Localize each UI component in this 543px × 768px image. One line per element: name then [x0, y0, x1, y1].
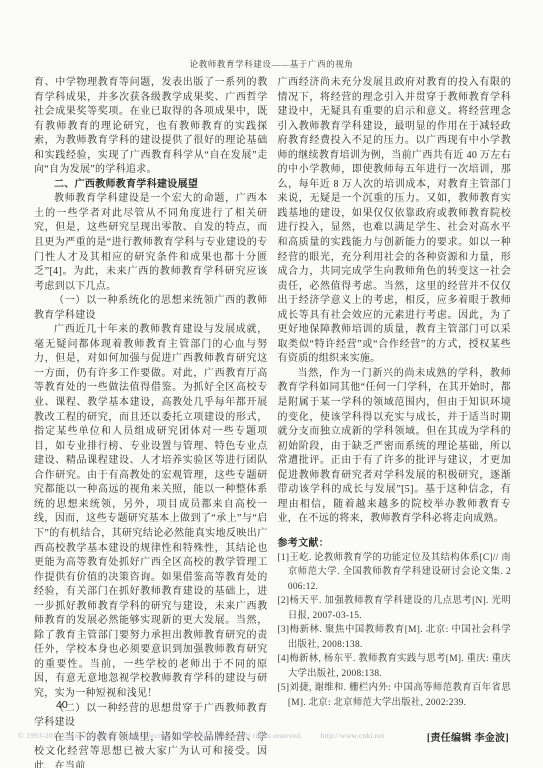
reference-item: [3]梅新林. 聚焦中国教师教育[M]. 北京: 中国社会科学出版社, 2008… — [278, 623, 512, 652]
paragraph: 教师教育学科建设是一个宏大的命题，广西本土的一些学者对此尽管从不同角度进行了相关… — [34, 192, 268, 294]
right-column: 广西经济尚未充分发展且政府对教育的投入有限的情况下，将经营的理念引入并贯穿于教师… — [278, 76, 512, 768]
cnki-footer: © 1993-2012 China Academic Journal Elect… — [18, 731, 538, 740]
cnki-url: http://www.cnki.net — [321, 731, 385, 740]
paragraph-continuation: 广西经济尚未充分发展且政府对教育的投入有限的情况下，将经营的理念引入并贯穿于教师… — [278, 76, 512, 367]
subsection-heading: （二）以一种经营的思想贯穿于广西教师教育学科建设 — [34, 702, 268, 731]
running-header-title: 论教师教育学科建设——基于广西的视角 — [0, 58, 543, 70]
reference-item: [1]王屹. 论教师教育学的功能定位及其结构体系[C]// 南京师范大学. 全国… — [278, 551, 512, 595]
paragraph: 当然，作为一门新兴的尚未成熟的学科，教师教育学科如同其他“任何一门学科，在其开始… — [278, 367, 512, 527]
article-body: 育、中学物理教育等问题，发表出版了一系列的教育学科成果，并多次获各级教学成果奖、… — [34, 76, 511, 768]
references-heading: 参考文献： — [278, 536, 512, 551]
reference-item: [2]杨天平. 加强教师教育学科建设的几点思考[N]. 光明日报, 2007-0… — [278, 594, 512, 623]
journal-page: 论教师教育学科建设——基于广西的视角 育、中学物理教育等问题，发表出版了一系列的… — [0, 0, 543, 768]
left-column: 育、中学物理教育等问题，发表出版了一系列的教育学科成果，并多次获各级教学成果奖、… — [34, 76, 268, 768]
copyright-text: © 1993-2012 China Academic Journal Elect… — [18, 731, 303, 740]
subsection-heading: （一）以一种系统化的思想来统领广西的教师教育学科建设 — [34, 294, 268, 323]
page-number: 40 — [56, 699, 68, 711]
paragraph-continuation: 育、中学物理教育等问题，发表出版了一系列的教育学科成果，并多次获各级教学成果奖、… — [34, 76, 268, 178]
reference-item: [5]刘捷, 谢维和. 栅栏内外: 中国高等师范教育百年省思[M]. 北京: 北… — [278, 681, 512, 710]
paragraph: 广西近几十年来的教师教育建设与发展成就，毫无疑问都体现着教师教育主管部门的心血与… — [34, 323, 268, 701]
section-heading: 二、广西教师教育学科建设展望 — [34, 178, 268, 193]
reference-item: [4]梅新林, 杨东平. 教师教育实践与思考[M]. 重庆: 重庆大学出版社, … — [278, 652, 512, 681]
